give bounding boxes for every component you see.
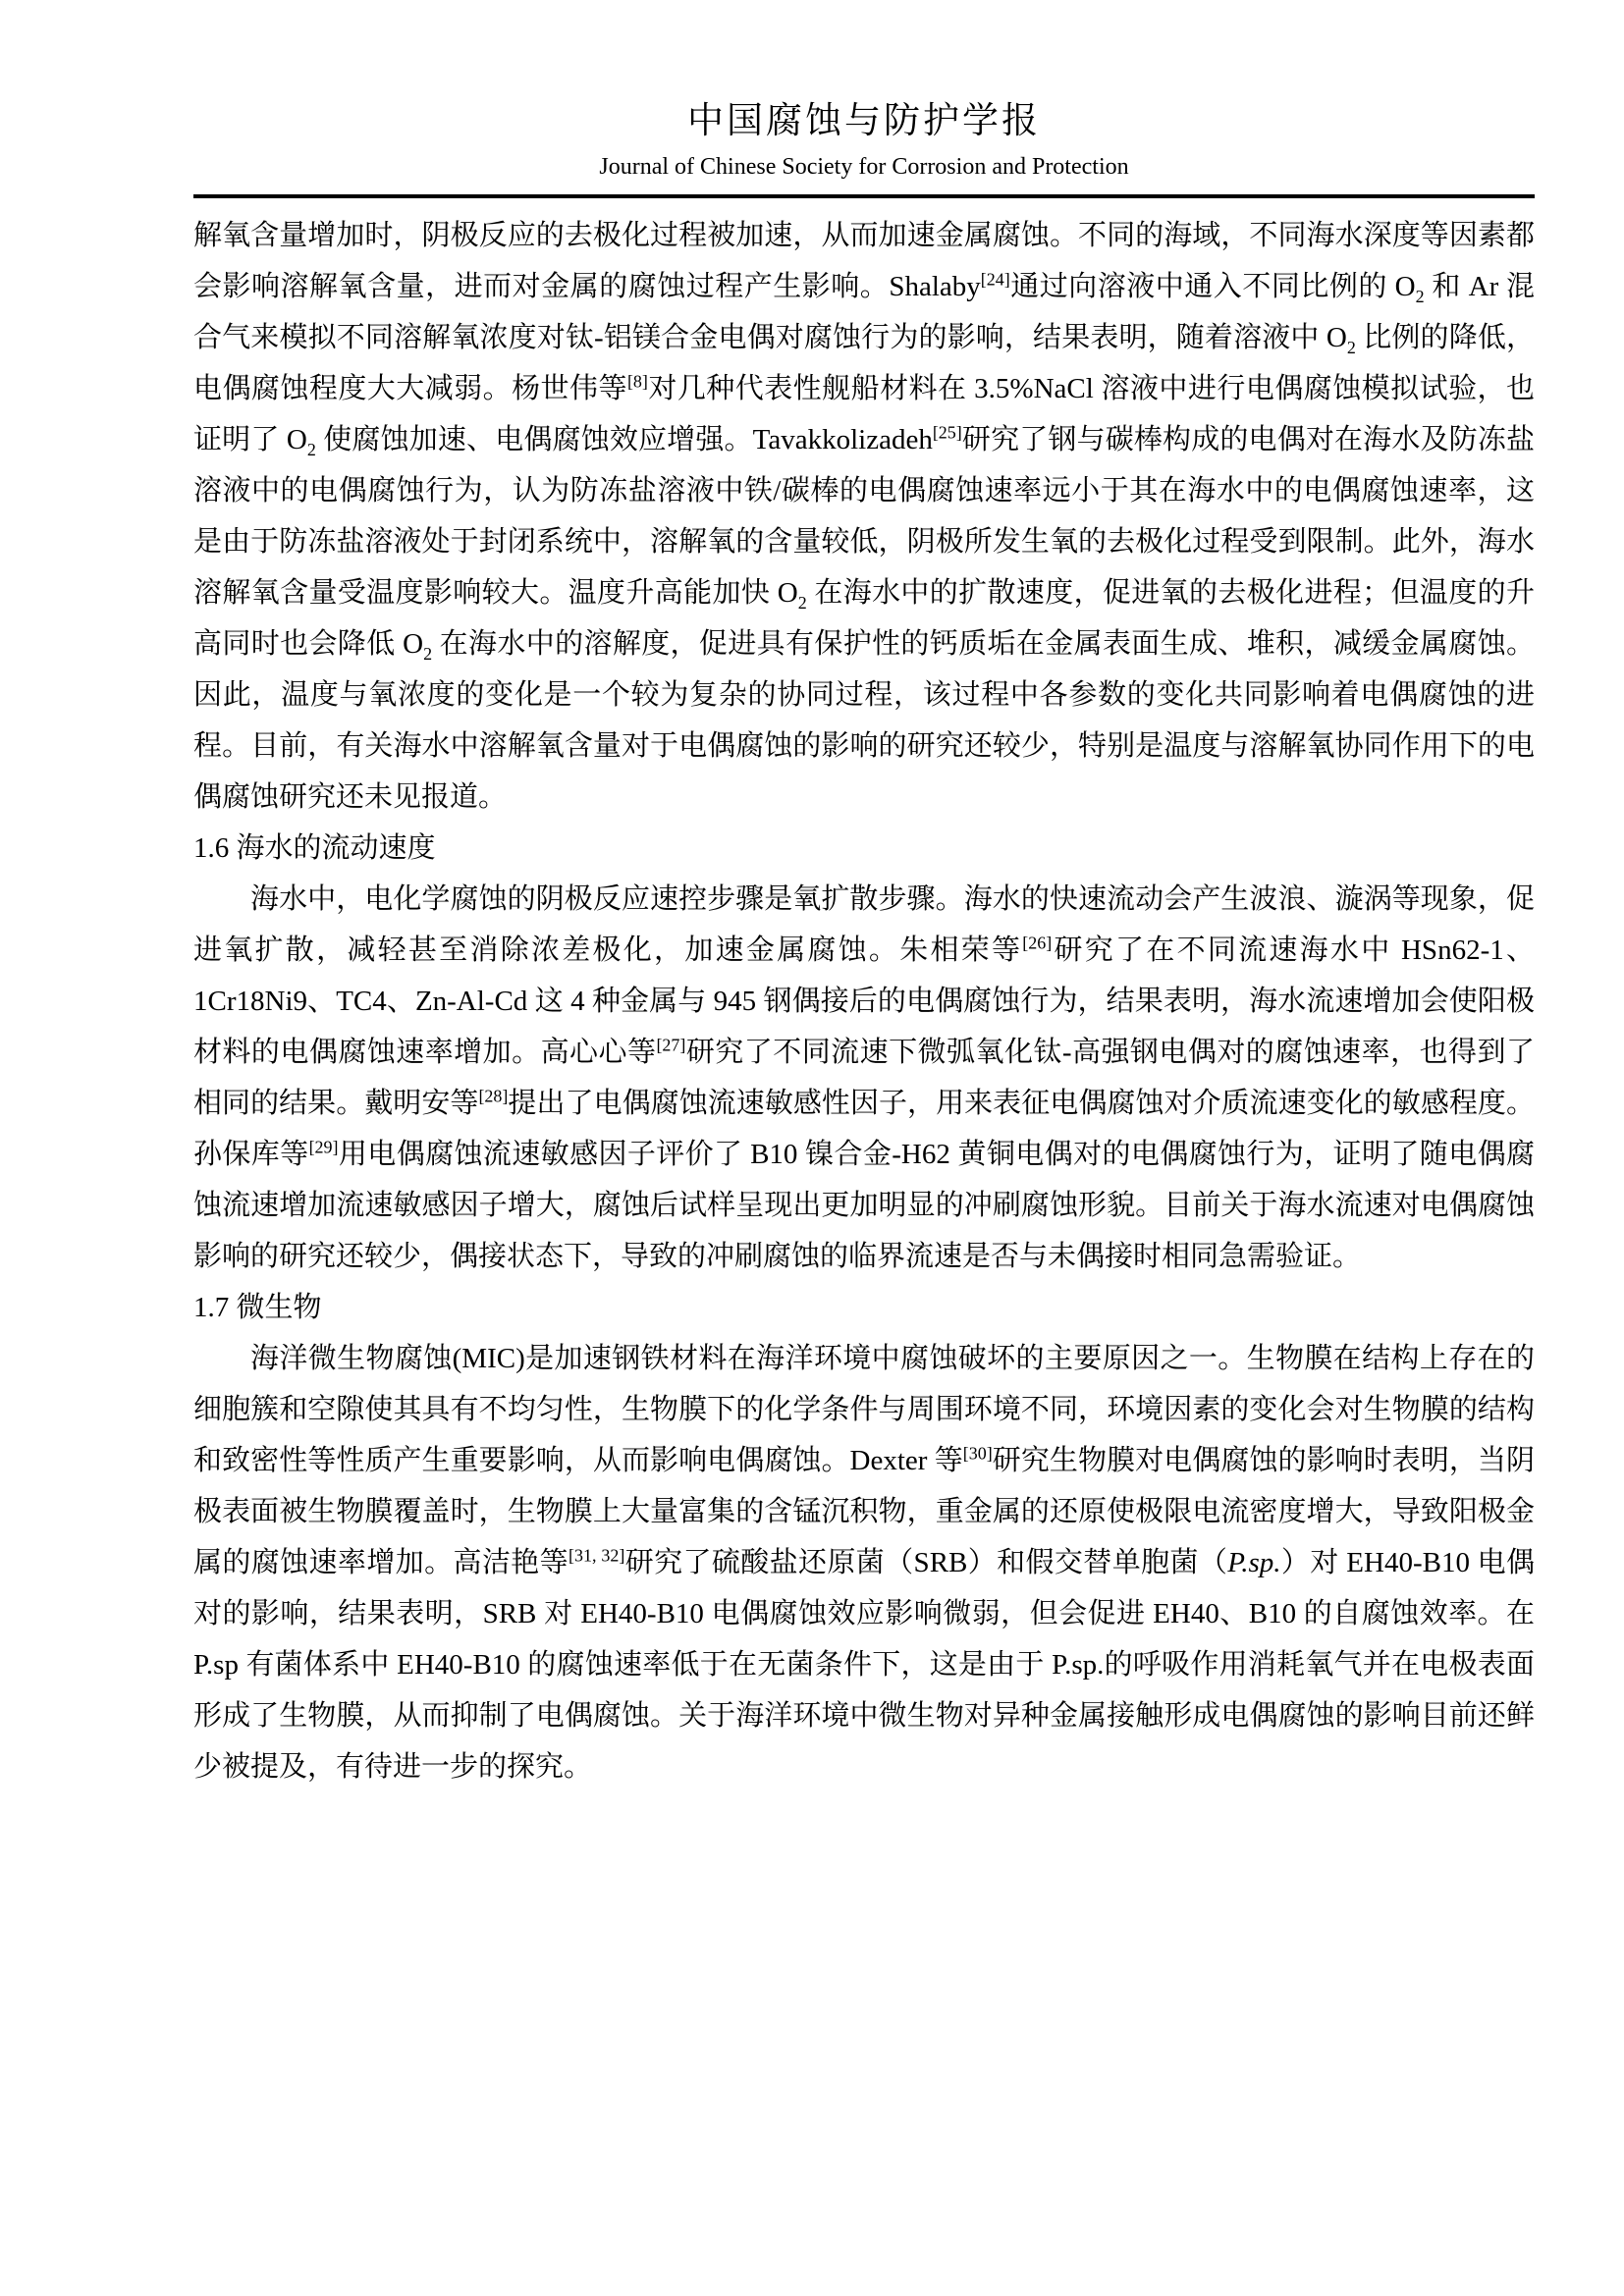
reference-marker: [8] <box>627 371 648 391</box>
reference-marker: [26] <box>1022 933 1052 952</box>
species-name-italic: P.sp. <box>1227 1547 1280 1578</box>
journal-header: 中国腐蚀与防护学报 Journal of Chinese Society for… <box>193 98 1535 185</box>
reference-marker: [27] <box>656 1035 685 1054</box>
section-heading: 1.7 微生物 <box>193 1282 1535 1333</box>
reference-marker: [29] <box>309 1137 339 1156</box>
reference-marker: [30] <box>963 1443 993 1463</box>
paragraph: 海洋微生物腐蚀(MIC)是加速钢铁材料在海洋环境中腐蚀破坏的主要原因之一。生物膜… <box>193 1333 1535 1792</box>
chemical-subscript: 2 <box>798 593 807 613</box>
document-body: 解氧含量增加时，阴极反应的去极化过程被加速，从而加速金属腐蚀。不同的海域，不同海… <box>193 210 1535 1792</box>
journal-title-chinese: 中国腐蚀与防护学报 <box>193 98 1535 145</box>
reference-marker: [25] <box>933 422 962 442</box>
paragraph: 海水中，电化学腐蚀的阴极反应速控步骤是氧扩散步骤。海水的快速流动会产生波浪、漩涡… <box>193 874 1535 1282</box>
journal-title-english: Journal of Chinese Society for Corrosion… <box>193 149 1535 185</box>
reference-marker: [28] <box>478 1086 508 1105</box>
chemical-subscript: 2 <box>1347 338 1356 357</box>
chemical-subscript: 2 <box>423 644 432 664</box>
header-divider <box>193 194 1535 198</box>
section-heading: 1.6 海水的流动速度 <box>193 823 1535 874</box>
document-page: 中国腐蚀与防护学报 Journal of Chinese Society for… <box>0 0 1624 2296</box>
chemical-subscript: 2 <box>1416 287 1425 306</box>
paragraph: 解氧含量增加时，阴极反应的去极化过程被加速，从而加速金属腐蚀。不同的海域，不同海… <box>193 210 1535 823</box>
reference-marker: [31, 32] <box>568 1545 624 1565</box>
chemical-subscript: 2 <box>307 440 316 459</box>
reference-marker: [24] <box>981 269 1010 289</box>
